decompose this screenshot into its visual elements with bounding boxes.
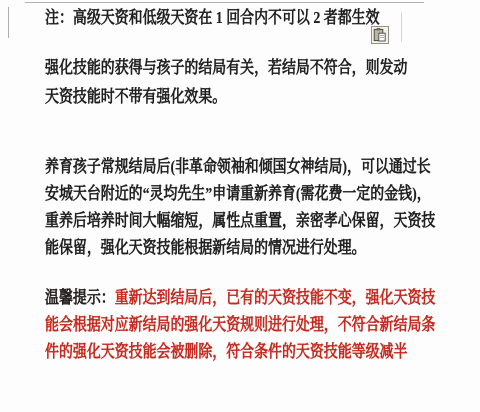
text-line: 养育孩子常规结局后(非革命领袖和倾国女神结局)，可以通过长 [45,153,471,180]
page-boundary-left-mark [8,7,9,38]
tip-paragraph: 温馨提示：重新达到结局后，已有的天资技能不变，强化天资技 能会根据对应新结局的强… [45,284,471,365]
skill-paragraph: 强化技能的获得与孩子的结局有关，若结局不符合，则发动 天资技能时不带有强化效果。 [45,54,471,111]
tip-text-line: 重新达到结局后，已有的天资技能不变，强化天资技 [115,288,436,307]
tip-label: 温馨提示： [45,288,115,307]
text-line: 能保留，强化天资技能根据新结局的情况进行处理。 [45,234,471,261]
note-paragraph: 注：高级天资和低级天资在 1 回合内不可以 2 者都生效 [45,6,471,30]
paste-options-icon-glyph [371,26,389,44]
text-line: 安城天台附近的“灵均先生”申请重新养育(需花费一定的金钱)， [45,180,471,207]
tip-text-line: 能会根据对应新结局的强化天资规则进行处理，不符合新结局条 [45,311,471,338]
tip-text-line: 件的强化天资技能会被删除，符合条件的天资技能等级减半 [45,338,471,365]
page-boundary-top-line [25,2,424,3]
text-line: 天资技能时不带有强化效果。 [45,83,471,112]
paste-options-icon[interactable] [371,26,389,44]
tip-first-line: 温馨提示：重新达到结局后，已有的天资技能不变，强化天资技 [45,284,471,311]
rebirth-paragraph: 养育孩子常规结局后(非革命领袖和倾国女神结局)，可以通过长 安城天台附近的“灵均… [45,153,471,261]
note-line: 注：高级天资和低级天资在 1 回合内不可以 2 者都生效 [45,6,471,30]
text-line: 重养后培养时间大幅缩短，属性点重置，亲密孝心保留，天资技 [45,207,471,234]
text-line: 强化技能的获得与孩子的结局有关，若结局不符合，则发动 [45,54,471,83]
document-page: 注：高级天资和低级天资在 1 回合内不可以 2 者都生效 强化技能的获得与孩子的… [0,0,480,412]
